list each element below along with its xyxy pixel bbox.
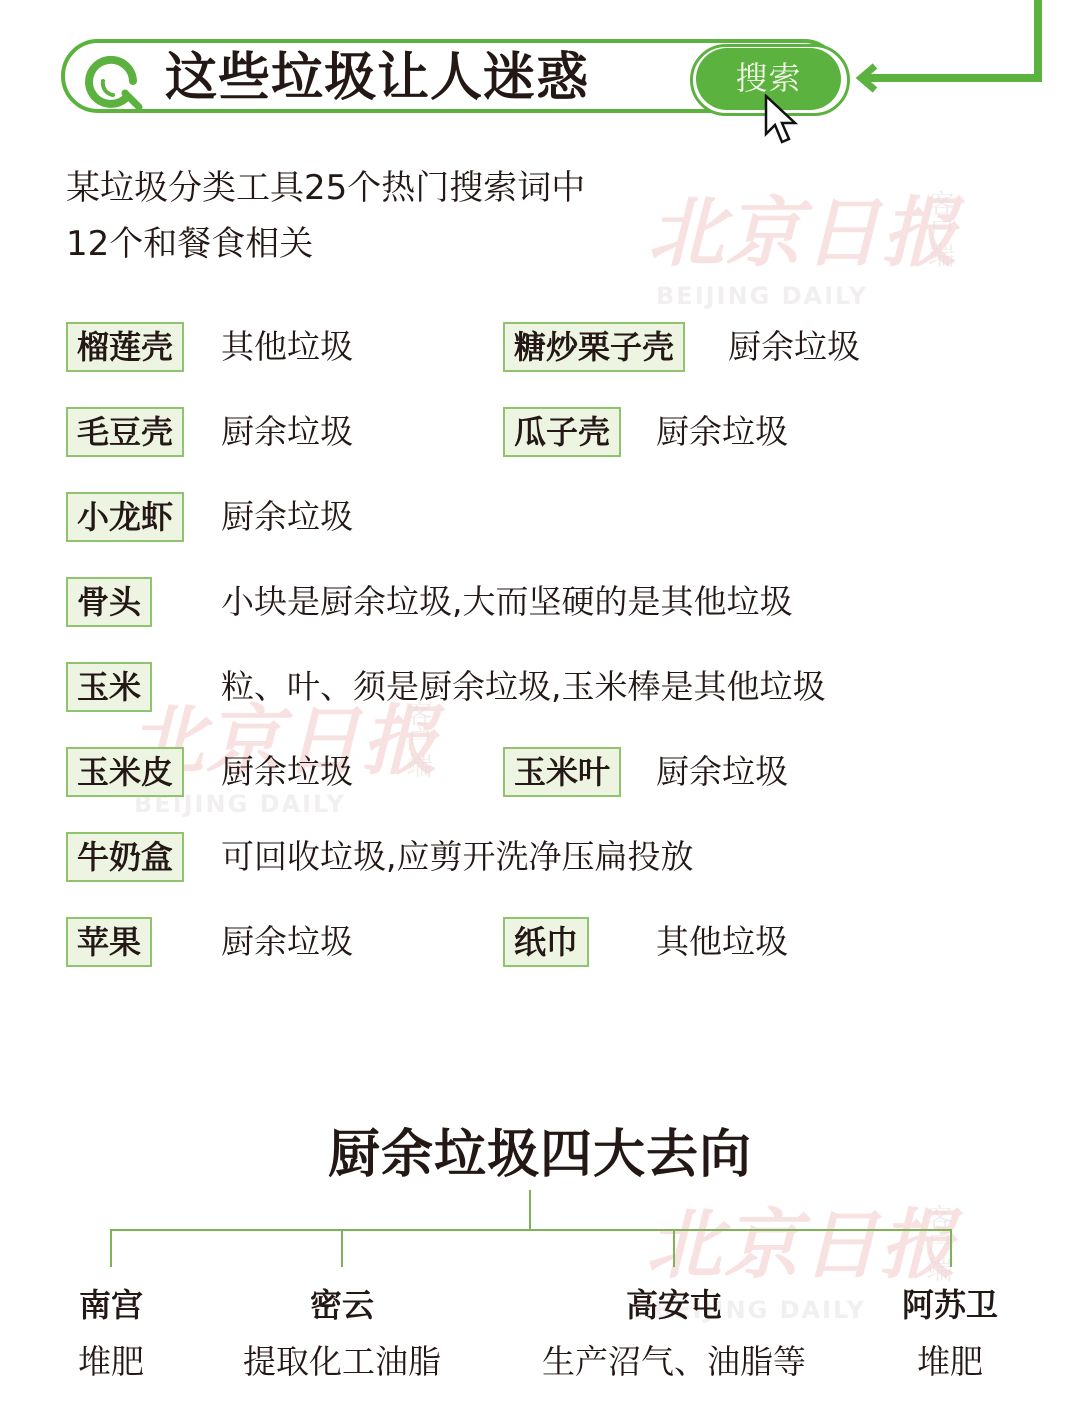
item-category: 小块是厨余垃圾,大而坚硬的是其他垃圾 (221, 577, 793, 627)
destination-name: 高安屯 (524, 1285, 824, 1325)
destination-use: 生产沼气、油脂等 (524, 1340, 824, 1384)
destination-use: 提取化工油脂 (222, 1340, 462, 1384)
item-category: 厨余垃圾 (221, 492, 353, 542)
tree-leaf-line (110, 1229, 112, 1267)
item-tag: 糖炒栗子壳 (503, 322, 685, 372)
item-tag: 榴莲壳 (66, 322, 184, 372)
watermark-logo: 北京日报 (648, 172, 960, 281)
item-tag: 骨头 (66, 577, 152, 627)
item-tag: 玉米 (66, 662, 152, 712)
watermark-logo: 北京日报 (646, 1184, 958, 1293)
destination-use: 堆肥 (51, 1340, 171, 1384)
section-title: 厨余垃圾四大去向 (0, 1122, 1080, 1188)
arrow-left-icon (853, 62, 889, 94)
tree-trunk-line (529, 1190, 531, 1230)
item-tag: 苹果 (66, 917, 152, 967)
item-category: 可回收垃圾,应剪开洗净压扁投放 (221, 832, 694, 882)
intro-line-2: 12个和餐食相关 (66, 216, 585, 272)
item-category: 厨余垃圾 (221, 407, 353, 457)
item-category: 粒、叶、须是厨余垃圾,玉米棒是其他垃圾 (221, 662, 826, 712)
item-tag: 毛豆壳 (66, 407, 184, 457)
watermark-side: 客户端 (922, 1204, 952, 1282)
item-tag: 牛奶盒 (66, 832, 184, 882)
item-category: 厨余垃圾 (221, 747, 353, 797)
search-icon (83, 51, 147, 111)
item-category: 厨余垃圾 (656, 747, 788, 797)
tree-leaf-line (673, 1229, 675, 1267)
connector-line (1034, 0, 1042, 82)
item-category: 其他垃圾 (656, 917, 788, 967)
destination-name: 密云 (222, 1285, 462, 1325)
search-query-text: 这些垃圾让人迷惑 (165, 45, 589, 111)
item-category: 厨余垃圾 (221, 917, 353, 967)
item-tag: 纸巾 (503, 917, 589, 967)
connector-line (866, 74, 1042, 82)
tree-leaf-line (950, 1229, 952, 1267)
destination-name: 阿苏卫 (880, 1285, 1020, 1325)
item-tag: 玉米皮 (66, 747, 184, 797)
item-category: 厨余垃圾 (656, 407, 788, 457)
item-tag: 小龙虾 (66, 492, 184, 542)
item-tag: 瓜子壳 (503, 407, 621, 457)
intro-text: 某垃圾分类工具25个热门搜索词中 12个和餐食相关 (66, 160, 585, 272)
destination-use: 堆肥 (880, 1340, 1020, 1384)
tree-branch-line (110, 1229, 952, 1231)
item-category: 其他垃圾 (221, 322, 353, 372)
item-category: 厨余垃圾 (728, 322, 860, 372)
intro-line-1: 某垃圾分类工具25个热门搜索词中 (66, 160, 585, 216)
watermark-side: 客户端 (924, 190, 954, 268)
destination-name: 南宫 (51, 1285, 171, 1325)
cursor-icon (764, 94, 800, 146)
tree-leaf-line (341, 1229, 343, 1267)
item-tag: 玉米叶 (503, 747, 621, 797)
watermark-english: BEIJING DAILY (656, 282, 868, 310)
